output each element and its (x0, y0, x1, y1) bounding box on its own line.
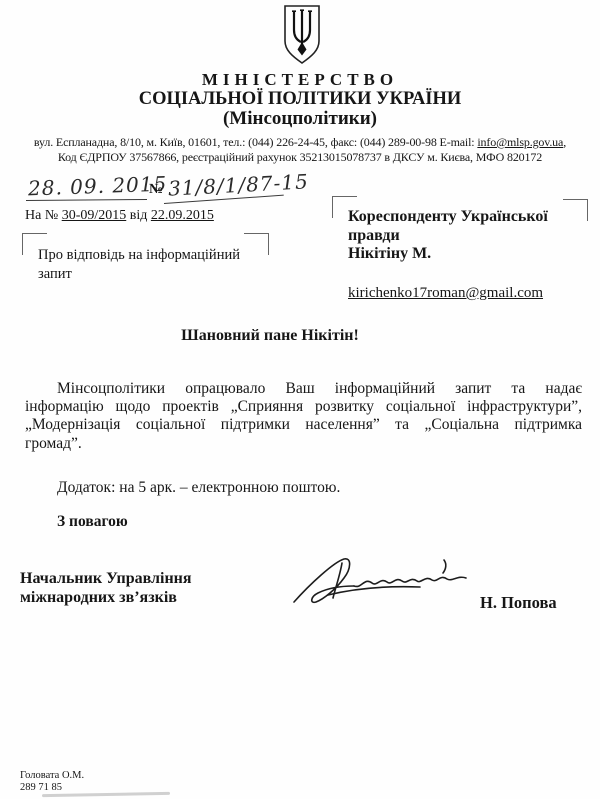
position-line1: Начальник Управління (20, 570, 192, 589)
ministry-name-line2: СОЦІАЛЬНОЇ ПОЛІТИКИ УКРАЇНИ (0, 90, 600, 109)
closing-phrase: З повагою (57, 513, 128, 531)
recipient-email: kirichenko17roman@gmail.com (348, 285, 543, 302)
recipient-line3: Нікітіну М. (348, 245, 578, 264)
letterhead-title: МІНІСТЕРСТВО СОЦІАЛЬНОЇ ПОЛІТИКИ УКРАЇНИ… (0, 70, 600, 128)
date-underline (26, 199, 147, 201)
handwritten-signature (290, 550, 478, 610)
paragraph-line: інформацію щодо проектів „Сприяння розви… (25, 398, 582, 416)
ukraine-trident-emblem-icon (281, 4, 323, 66)
in-reply-prefix: На № (25, 208, 62, 223)
paragraph-line: Мінсоцполітики опрацювало Ваш інформацій… (25, 380, 582, 398)
number-sign: № (149, 182, 163, 198)
letterhead-address-line2: Код ЄДРПОУ 37567866, реєстраційний рахун… (0, 150, 600, 165)
ministry-short-name: (Мінсоцполітики) (0, 109, 600, 128)
salutation: Шановний пане Нікітін! (0, 327, 540, 345)
recipient-line2: правди (348, 227, 578, 246)
in-reply-number: 30-09/2015 (62, 208, 127, 223)
address-text: вул. Еспланадна, 8/10, м. Київ, 01601, т… (34, 135, 477, 149)
subject-line2: запит (38, 265, 253, 284)
in-reply-to-line: На № 30-09/2015 від 22.09.2015 (25, 208, 214, 224)
ministry-email-link: info@mlsp.gov.ua (477, 135, 563, 149)
executor-phone: 289 71 85 (20, 782, 84, 794)
attachment-note: Додаток: на 5 арк. – електронною поштою. (57, 479, 340, 497)
handwritten-outgoing-date: 28. 09. 2015 (28, 172, 168, 201)
handwritten-outgoing-number: 31/8/1/87-15 (167, 169, 309, 200)
ministry-name-line1: МІНІСТЕРСТВО (0, 70, 600, 89)
body-paragraph: Мінсоцполітики опрацювало Ваш інформацій… (25, 380, 582, 453)
recipient-line1: Кореспонденту Української (348, 208, 578, 227)
address-comma: , (563, 135, 566, 149)
signer-position-title: Начальник Управління міжнародних зв’язкі… (20, 570, 192, 607)
paragraph-line: „Модернізація соціальної підтримки насел… (25, 416, 582, 434)
executor-name: Головата О.М. (20, 770, 84, 782)
in-reply-mid: від (126, 208, 151, 223)
in-reply-date: 22.09.2015 (151, 208, 214, 223)
signer-name: Н. Попова (480, 593, 557, 613)
subject-line1: Про відповідь на інформаційний (38, 246, 253, 265)
subject-text: Про відповідь на інформаційний запит (38, 246, 253, 284)
scanned-letter-page: МІНІСТЕРСТВО СОЦІАЛЬНОЇ ПОЛІТИКИ УКРАЇНИ… (0, 0, 600, 799)
position-line2: міжнародних зв’язків (20, 589, 192, 608)
recipient-block: Кореспонденту Української правди Нікітін… (348, 208, 578, 264)
letterhead-address-line1: вул. Еспланадна, 8/10, м. Київ, 01601, т… (0, 135, 600, 150)
paragraph-line: громад”. (25, 435, 582, 453)
executor-footer: Головата О.М. 289 71 85 (20, 770, 84, 794)
